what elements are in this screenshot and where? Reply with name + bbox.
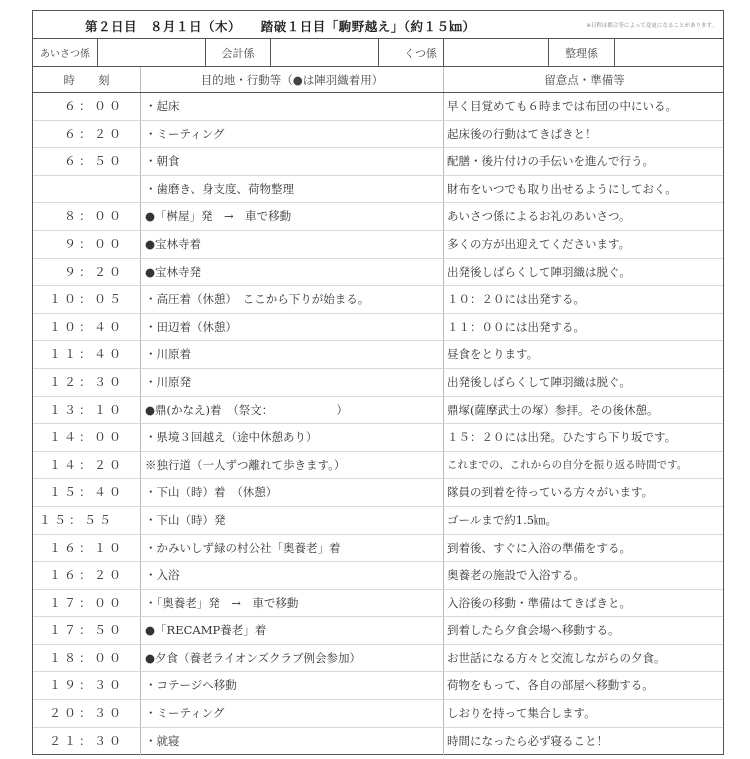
activity-cell: ・下山（時）発 xyxy=(141,507,444,534)
table-row: ８：００●「桝屋」発 → 車で移動あいさつ係によるお礼のあいさつ。 xyxy=(33,203,723,231)
note-cell: １５：２０には出発。ひたすら下り坂です。 xyxy=(444,424,725,451)
note-cell: 配膳・後片付けの手伝いを進んで行う。 xyxy=(444,148,725,175)
activity-cell: ●宝林寺発 xyxy=(141,259,444,286)
note-cell: 早く目覚めても６時までは布団の中にいる。 xyxy=(444,93,725,120)
note-cell: 鼎塚(薩摩武士の塚）参拝。その後休憩。 xyxy=(444,397,725,424)
activity-cell: ●「RECAMP養老」着 xyxy=(141,617,444,644)
schedule-sheet: 第２日目 ８月１日（木） 踏破１日目「駒野越え」（約１５㎞） ※日程は都合等によ… xyxy=(32,10,724,755)
table-row: ６：２０・ミーティング起床後の行動はてきぱきと！ xyxy=(33,121,723,149)
note-cell: これまでの、これからの自分を振り返る時間です。 xyxy=(444,452,725,479)
table-row: ９：００●宝林寺着多くの方が出迎えてくださいます。 xyxy=(33,231,723,259)
activity-cell: ●「桝屋」発 → 車で移動 xyxy=(141,203,444,230)
time-cell: １７：５０ xyxy=(33,617,141,644)
activity-cell: ・歯磨き、身支度、荷物整理 xyxy=(141,176,444,203)
note-cell: 昼食をとります。 xyxy=(444,341,725,368)
table-row: １４：２０※独行道（一人ずつ離れて歩きます。）これまでの、これからの自分を振り返… xyxy=(33,452,723,480)
note-cell: しおりを持って集合します。 xyxy=(444,700,725,727)
activity-cell: ・ミーティング xyxy=(141,700,444,727)
role-label-greeting: あいさつ係 xyxy=(33,39,98,66)
note-cell: 到着後、すぐに入浴の準備をする。 xyxy=(444,535,725,562)
activity-cell: ●鼎(かなえ)着 （祭文： ） xyxy=(141,397,444,424)
time-cell: ８：００ xyxy=(33,203,141,230)
time-cell: １４：００ xyxy=(33,424,141,451)
note-cell: お世話になる方々と交流しながらの夕食。 xyxy=(444,645,725,672)
role-field-organizing[interactable] xyxy=(615,39,725,66)
schedule-change-note: ※日程は都合等によって変更になることがあります。 xyxy=(586,21,717,29)
note-cell: 奥養老の施設で入浴する。 xyxy=(444,562,725,589)
roles-row: あいさつ係 会計係 くつ係 整理係 xyxy=(33,39,723,67)
time-cell: １１：４０ xyxy=(33,341,141,368)
note-cell: あいさつ係によるお礼のあいさつ。 xyxy=(444,203,725,230)
column-header-time: 時 刻 xyxy=(33,67,141,92)
note-cell: 起床後の行動はてきぱきと！ xyxy=(444,121,725,148)
table-row: １８：００●夕食（養老ライオンズクラブ例会参加）お世話になる方々と交流しながらの… xyxy=(33,645,723,673)
table-row: ・歯磨き、身支度、荷物整理財布をいつでも取り出せるようにしておく。 xyxy=(33,176,723,204)
time-cell: １５：５５ xyxy=(33,507,141,534)
table-row: １１：４０・川原着昼食をとります。 xyxy=(33,341,723,369)
activity-cell: ・下山（時）着 （休憩） xyxy=(141,479,444,506)
time-cell: ６：５０ xyxy=(33,148,141,175)
table-row: １３：１０●鼎(かなえ)着 （祭文： ）鼎塚(薩摩武士の塚）参拝。その後休憩。 xyxy=(33,397,723,425)
time-cell: １４：２０ xyxy=(33,452,141,479)
time-cell: ２０：３０ xyxy=(33,700,141,727)
time-cell: １０：４０ xyxy=(33,314,141,341)
note-cell: １１：００には出発する。 xyxy=(444,314,725,341)
activity-cell: ・就寝 xyxy=(141,728,444,756)
time-cell xyxy=(33,176,141,203)
activity-cell: ・ミーティング xyxy=(141,121,444,148)
activity-cell: ・「奥養老」発 → 車で移動 xyxy=(141,590,444,617)
role-label-shoes: くつ係 xyxy=(379,39,444,66)
activity-cell: ・田辺着（休憩） xyxy=(141,314,444,341)
table-row: １２：３０・川原発出発後しばらくして陣羽織は脱ぐ。 xyxy=(33,369,723,397)
role-field-shoes[interactable] xyxy=(444,39,549,66)
note-cell: 多くの方が出迎えてくださいます。 xyxy=(444,231,725,258)
activity-cell: ・高圧着（休憩） ここから下りが始まる。 xyxy=(141,286,444,313)
note-cell: 時間になったら必ず寝ること！ xyxy=(444,728,725,756)
time-cell: １７：００ xyxy=(33,590,141,617)
note-cell: 到着したら夕食会場へ移動する。 xyxy=(444,617,725,644)
note-cell: ゴールまで約1.5㎞。 xyxy=(444,507,725,534)
time-cell: ６：００ xyxy=(33,93,141,120)
table-row: １４：００・県境３回越え（途中休憩あり）１５：２０には出発。ひたすら下り坂です。 xyxy=(33,424,723,452)
activity-cell: ・県境３回越え（途中休憩あり） xyxy=(141,424,444,451)
role-field-accounting[interactable] xyxy=(271,39,379,66)
note-cell: １０：２０には出発する。 xyxy=(444,286,725,313)
role-label-organizing: 整理係 xyxy=(549,39,615,66)
table-row: １７：５０●「RECAMP養老」着到着したら夕食会場へ移動する。 xyxy=(33,617,723,645)
note-cell: 隊員の到着を待っている方々がいます。 xyxy=(444,479,725,506)
table-row: １６：１０・かみいしず緑の村公社「奥養老」着到着後、すぐに入浴の準備をする。 xyxy=(33,535,723,563)
time-cell: １６：１０ xyxy=(33,535,141,562)
role-label-accounting: 会計係 xyxy=(206,39,271,66)
note-cell: 出発後しばらくして陣羽織は脱ぐ。 xyxy=(444,369,725,396)
note-cell: 荷物をもって、各自の部屋へ移動する。 xyxy=(444,672,725,699)
table-row: １０：４０・田辺着（休憩）１１：００には出発する。 xyxy=(33,314,723,342)
time-cell: １２：３０ xyxy=(33,369,141,396)
time-cell: １６：２０ xyxy=(33,562,141,589)
column-header-row: 時 刻 目的地・行動等（●は陣羽織着用） 留意点・準備等 xyxy=(33,67,723,93)
activity-cell: ●宝林寺着 xyxy=(141,231,444,258)
table-row: １９：３０・コテージへ移動荷物をもって、各自の部屋へ移動する。 xyxy=(33,672,723,700)
time-cell: １０：０５ xyxy=(33,286,141,313)
table-row: １５：４０・下山（時）着 （休憩）隊員の到着を待っている方々がいます。 xyxy=(33,479,723,507)
activity-cell: ●夕食（養老ライオンズクラブ例会参加） xyxy=(141,645,444,672)
column-header-activity: 目的地・行動等（●は陣羽織着用） xyxy=(141,67,444,92)
table-row: ６：００・起床早く目覚めても６時までは布団の中にいる。 xyxy=(33,93,723,121)
role-field-greeting[interactable] xyxy=(98,39,206,66)
time-cell: ９：００ xyxy=(33,231,141,258)
table-row: １６：２０・入浴奥養老の施設で入浴する。 xyxy=(33,562,723,590)
time-cell: １８：００ xyxy=(33,645,141,672)
table-row: １７：００・「奥養老」発 → 車で移動入浴後の移動・準備はてきぱきと。 xyxy=(33,590,723,618)
note-cell: 財布をいつでも取り出せるようにしておく。 xyxy=(444,176,725,203)
note-cell: 入浴後の移動・準備はてきぱきと。 xyxy=(444,590,725,617)
time-cell: ２１：３０ xyxy=(33,728,141,756)
table-row: １５：５５・下山（時）発ゴールまで約1.5㎞。 xyxy=(33,507,723,535)
page-title: 第２日目 ８月１日（木） 踏破１日目「駒野越え」（約１５㎞） xyxy=(85,17,476,35)
activity-cell: ・川原着 xyxy=(141,341,444,368)
time-cell: １５：４０ xyxy=(33,479,141,506)
activity-cell: ・朝食 xyxy=(141,148,444,175)
activity-cell: ・川原発 xyxy=(141,369,444,396)
time-cell: １３：１０ xyxy=(33,397,141,424)
table-row: １０：０５・高圧着（休憩） ここから下りが始まる。１０：２０には出発する。 xyxy=(33,286,723,314)
table-row: ９：２０●宝林寺発出発後しばらくして陣羽織は脱ぐ。 xyxy=(33,259,723,287)
activity-cell: ・入浴 xyxy=(141,562,444,589)
table-row: ６：５０・朝食配膳・後片付けの手伝いを進んで行う。 xyxy=(33,148,723,176)
activity-cell: ・起床 xyxy=(141,93,444,120)
column-header-notes: 留意点・準備等 xyxy=(444,67,725,92)
activity-cell: ・かみいしず緑の村公社「奥養老」着 xyxy=(141,535,444,562)
activity-cell: ※独行道（一人ずつ離れて歩きます。） xyxy=(141,452,444,479)
activity-cell: ・コテージへ移動 xyxy=(141,672,444,699)
title-row: 第２日目 ８月１日（木） 踏破１日目「駒野越え」（約１５㎞） ※日程は都合等によ… xyxy=(33,11,723,39)
time-cell: ９：２０ xyxy=(33,259,141,286)
note-cell: 出発後しばらくして陣羽織は脱ぐ。 xyxy=(444,259,725,286)
time-cell: １９：３０ xyxy=(33,672,141,699)
time-cell: ６：２０ xyxy=(33,121,141,148)
schedule-rows: ６：００・起床早く目覚めても６時までは布団の中にいる。 ６：２０・ミーティング起… xyxy=(33,93,723,755)
table-row: ２０：３０・ミーティングしおりを持って集合します。 xyxy=(33,700,723,728)
table-row: ２１：３０・就寝時間になったら必ず寝ること！ xyxy=(33,728,723,756)
